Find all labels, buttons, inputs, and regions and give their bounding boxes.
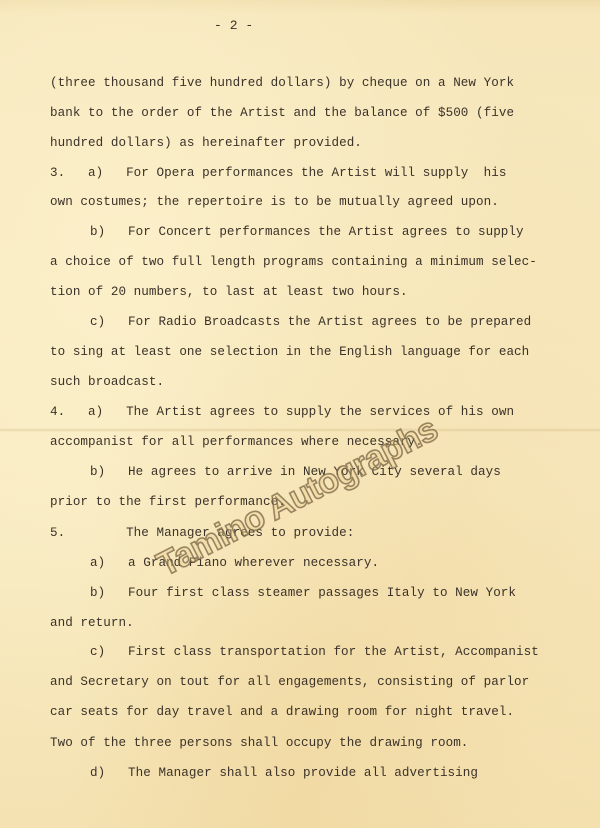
clause-3b: b) For Concert performances the Artist a… bbox=[90, 224, 524, 240]
clause-4a: 4. a) The Artist agrees to supply the se… bbox=[50, 404, 514, 420]
text-line: such broadcast. bbox=[50, 374, 164, 390]
text-line: prior to the first performance. bbox=[50, 494, 286, 510]
text-line: and Secretary on tout for all engagement… bbox=[50, 674, 529, 690]
clause-3a: 3. a) For Opera performances the Artist … bbox=[50, 165, 506, 181]
clause-4b: b) He agrees to arrive in New York City … bbox=[90, 464, 501, 480]
text-line: a choice of two full length programs con… bbox=[50, 254, 537, 270]
text-line: car seats for day travel and a drawing r… bbox=[50, 704, 514, 720]
clause-5c: c) First class transportation for the Ar… bbox=[90, 644, 539, 660]
text-line: bank to the order of the Artist and the … bbox=[50, 105, 514, 121]
text-line: to sing at least one selection in the En… bbox=[50, 344, 529, 360]
text-line: tion of 20 numbers, to last at least two… bbox=[50, 284, 408, 300]
text-line: (three thousand five hundred dollars) by… bbox=[50, 75, 514, 91]
text-line: hundred dollars) as hereinafter provided… bbox=[50, 135, 362, 151]
text-line: Two of the three persons shall occupy th… bbox=[50, 735, 468, 751]
text-line: and return. bbox=[50, 615, 134, 631]
clause-5b: b) Four first class steamer passages Ita… bbox=[90, 585, 516, 601]
clause-3c: c) For Radio Broadcasts the Artist agree… bbox=[90, 314, 531, 330]
paper-fold-crease bbox=[0, 428, 600, 432]
clause-5d: d) The Manager shall also provide all ad… bbox=[90, 765, 478, 781]
clause-5a: a) a Grand Piano wherever necessary. bbox=[90, 555, 379, 571]
clause-5: 5. The Manager agrees to provide: bbox=[50, 525, 354, 541]
document-page: - 2 - (three thousand five hundred dolla… bbox=[0, 0, 600, 828]
page-number: - 2 - bbox=[214, 18, 253, 34]
text-line: own costumes; the repertoire is to be mu… bbox=[50, 194, 499, 210]
text-line: accompanist for all performances where n… bbox=[50, 434, 423, 450]
